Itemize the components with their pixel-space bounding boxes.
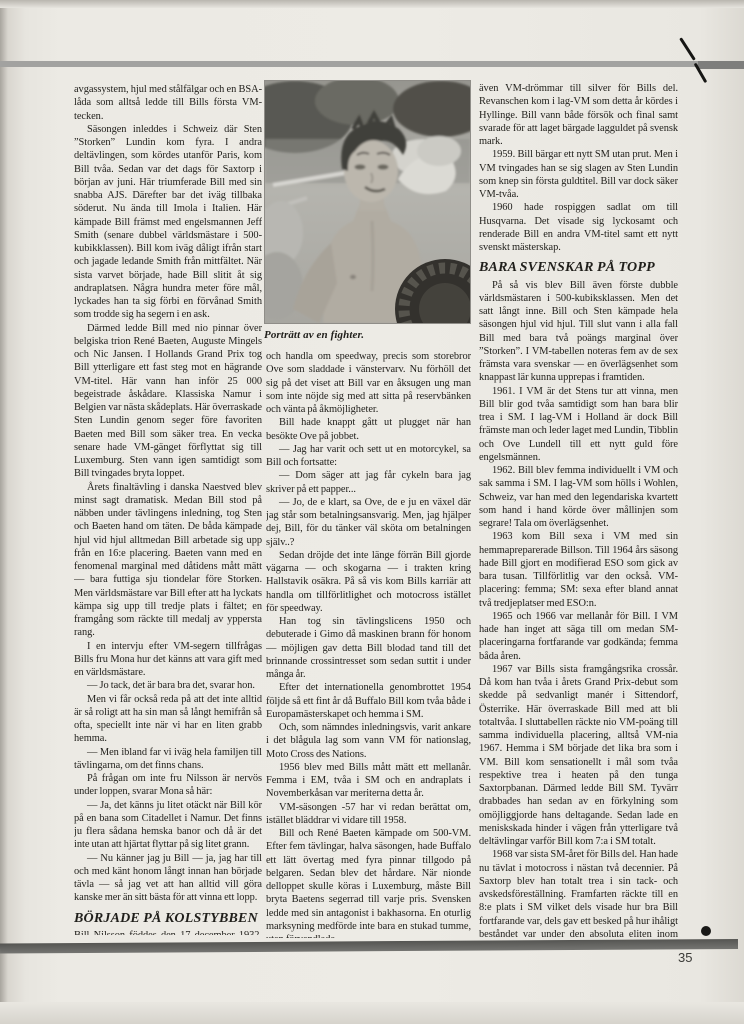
- paragraph: Sedan dröjde det inte länge förrän Bill …: [266, 549, 471, 615]
- right-column: även VM-drömmar till silver för Bills de…: [479, 82, 678, 938]
- paragraph: 1960 hade rospiggen sadlat om till Husqv…: [479, 201, 678, 254]
- paragraph: även VM-drömmar till silver för Bills de…: [479, 82, 678, 148]
- paragraph: — Jo tack, det är bara bra det, svarar h…: [74, 679, 262, 692]
- paragraph: 1967 var Bills sista framgångsrika cross…: [479, 663, 678, 849]
- portrait-photo-image: [264, 80, 471, 324]
- paragraph: 1962. Bill blev femma individuellt i VM …: [479, 464, 678, 530]
- paragraph: — Dom säger att jag får cykeln bara jag …: [266, 469, 471, 496]
- paragraph: Efter det internationella genombrottet 1…: [266, 681, 471, 721]
- paragraph: — Jo, de e klart, sa Ove, de e ju en väx…: [266, 496, 471, 549]
- paragraph: 1961. I VM är det Stens tur att vinna, m…: [479, 385, 678, 465]
- scan-bottom-edge: [0, 1002, 744, 1024]
- paragraph: 1965 och 1966 var mellanår för Bill. I V…: [479, 610, 678, 663]
- paragraph: 1959. Bill bärgar ett nytt SM utan prut.…: [479, 148, 678, 201]
- paragraph: På så vis blev Bill även förste dubble v…: [479, 279, 678, 385]
- section-heading: BARA SVENSKAR PÅ TOPP: [479, 261, 678, 274]
- paragraph: Bill och René Baeten kämpade om 500-VM. …: [266, 827, 471, 938]
- bottom-rule-bar: [0, 939, 738, 954]
- paragraph: Bill Nilsson föddes den 17 december 1932…: [74, 929, 262, 935]
- paragraph: I en intervju efter VM-segern tillfrågas…: [74, 640, 262, 680]
- paragraph: Säsongen inleddes i Schweiz där Sten ”St…: [74, 123, 262, 322]
- middle-column: och handla om speedway, precis som store…: [266, 350, 471, 938]
- pen-mark: [686, 36, 706, 86]
- paragraph: 1956 blev med Bills mått mätt ett mellan…: [266, 761, 471, 801]
- end-of-article-marker: [701, 926, 711, 936]
- paragraph: Men vi får också reda på att det inte al…: [74, 693, 262, 746]
- scan-top-edge: [0, 0, 744, 8]
- paragraph: Och, som nämndes inledningsvis, varit an…: [266, 721, 471, 761]
- paragraph: 1968 var sista SM-året för Bills del. Ha…: [479, 848, 678, 938]
- paragraph: — Jag har varit och sett ut en motorcyke…: [266, 443, 471, 470]
- paragraph: Därmed ledde Bill med nio pinnar över be…: [74, 322, 262, 481]
- left-column: avgassystem, hjul med stålfälgar och en …: [74, 83, 262, 935]
- top-rule-bar: [0, 61, 744, 67]
- paragraph: och handla om speedway, precis som store…: [266, 350, 471, 416]
- portrait-photo: Porträtt av en fighter.: [264, 80, 471, 341]
- photo-caption: Porträtt av en fighter.: [264, 329, 471, 341]
- section-heading: BÖRJADE PÅ KOLSTYBBEN: [74, 912, 262, 925]
- paragraph: — Nu känner jag ju Bill — ja, jag har ti…: [74, 852, 262, 905]
- magazine-page: avgassystem, hjul med stålfälgar och en …: [0, 0, 744, 1024]
- paragraph: Bill hade knappt gått ut plugget när han…: [266, 416, 471, 443]
- paragraph: avgassystem, hjul med stålfälgar och en …: [74, 83, 262, 123]
- paragraph: 1963 kom Bill sexa i VM med sin hemmapre…: [479, 530, 678, 610]
- paragraph: — Ja, det känns ju litet otäckt när Bill…: [74, 799, 262, 852]
- page-number: 35: [678, 950, 692, 965]
- paragraph: VM-säsongen -57 har vi redan berättat om…: [266, 801, 471, 828]
- paragraph: — Men ibland far vi iväg hela familjen t…: [74, 746, 262, 773]
- paragraph: På frågan om inte fru Nilsson är nervös …: [74, 772, 262, 799]
- paragraph: Årets finaltävling i danska Naestved ble…: [74, 481, 262, 640]
- paragraph: Han tog sin tävlingslicens 1950 och debu…: [266, 615, 471, 681]
- portrait-illustration: [265, 81, 470, 323]
